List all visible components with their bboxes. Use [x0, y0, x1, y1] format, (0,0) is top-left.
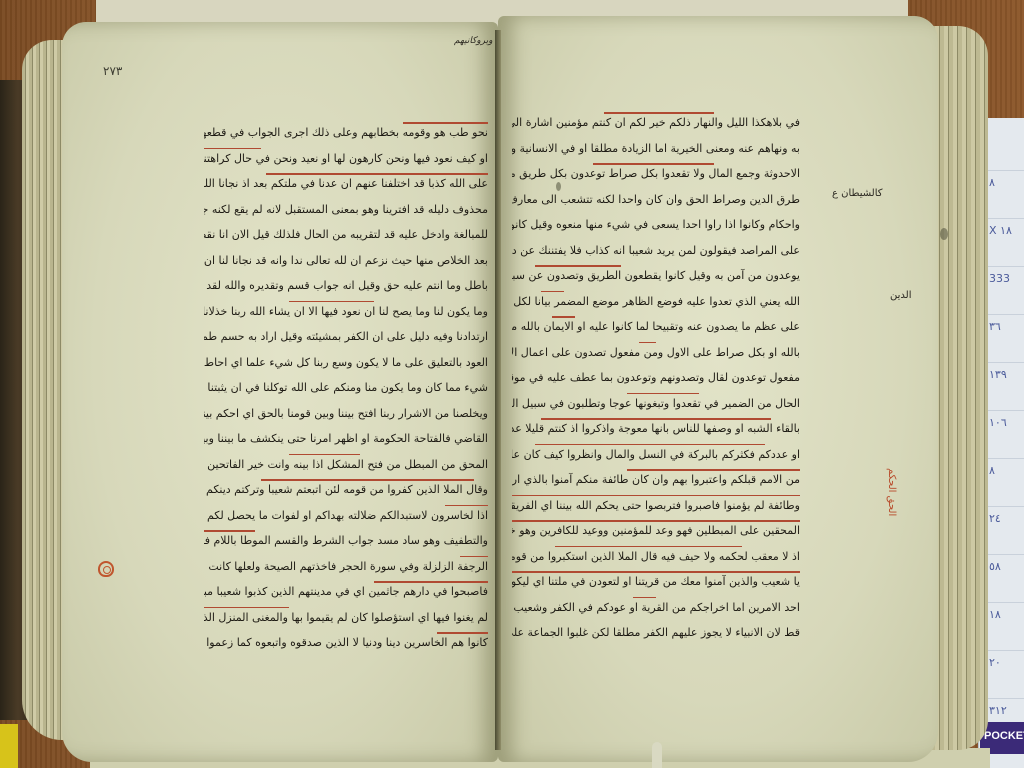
- manuscript-line: وما يكون لنا وما يصح لنا ان نعود فيها ال…: [204, 299, 488, 325]
- rubric-overline: [460, 556, 488, 558]
- manuscript-line: على عظم ما يصدون عنه وتقبيحا لما كانوا ع…: [512, 314, 800, 340]
- line-text: الرجفة الزلزلة وفي سورة الحجر فاخذتهم ال…: [204, 560, 488, 573]
- line-text: العود بالتعليق على ما لا يكون وسع ربنا ك…: [204, 356, 488, 369]
- manuscript-line: طرق الدين وصراط الحق وان كان واحدا لكنه …: [512, 187, 800, 213]
- manuscript-line: احد الامرين اما اخراجكم من القرية او عود…: [512, 595, 800, 621]
- manuscript-line: للمبالغة وادخل عليه قد لتقريبه من الحال …: [204, 222, 488, 248]
- rubric-overline: [266, 173, 488, 175]
- manuscript-line: فاصبحوا في دارهم جاثمين اي في مدينتهم ال…: [204, 579, 488, 605]
- rubric-overline: [204, 530, 255, 532]
- rubric-overline: [204, 607, 289, 609]
- line-text: واحكام وكانوا اذا راوا احدا يسعى في شيء …: [512, 218, 800, 231]
- manuscript-line: على المراصد فيقولون لمن يريد شعيبا انه ك…: [512, 238, 800, 264]
- line-text: اذا لخاسرون لاستبدالكم ضلالته بهداكم او …: [204, 509, 488, 522]
- card-handwriting: ١٠٦: [989, 416, 1007, 429]
- rubric-overline: [535, 265, 621, 267]
- margin-note-upper: كالشيطان ع: [832, 188, 883, 199]
- line-text: المحق من المبطل من فتح المشكل اذا بينه و…: [204, 458, 488, 471]
- right-page-text-block: في بلاهكذا الليل والنهار ذلكم خير لكم ان…: [512, 110, 800, 646]
- manuscript-line: المحقين على المبطلين فهو وعد للمؤمنين وو…: [512, 518, 800, 544]
- left-page-text-block: نحو طب هو وقومه بخطابهم وعلى ذلك اجرى ال…: [204, 120, 488, 656]
- rubric-overline: [437, 632, 488, 634]
- rubric-overline: [627, 393, 699, 395]
- manuscript-line: به ونهاهم عنه ومعنى الخيرية اما الزيادة …: [512, 136, 800, 162]
- rubric-overline: [261, 479, 474, 481]
- line-text: على المراصد فيقولون لمن يريد شعيبا انه ك…: [512, 244, 800, 257]
- rubric-overline: [604, 112, 713, 114]
- ink-stain: [940, 228, 948, 240]
- manuscript-line: مفعول توعدون لقال وتصدونهم وتوعدون بما ع…: [512, 365, 800, 391]
- manuscript-line: واحكام وكانوا اذا راوا احدا يسعى في شيء …: [512, 212, 800, 238]
- line-text: طرق الدين وصراط الحق وان كان واحدا لكنه …: [512, 193, 800, 206]
- line-text: به ونهاهم عنه ومعنى الخيرية اما الزيادة …: [512, 142, 800, 155]
- line-text: وما يكون لنا وما يصح لنا ان نعود فيها ال…: [204, 305, 488, 318]
- manuscript-line: محذوف دليله قد افترينا وهو بمعنى المستقب…: [204, 197, 488, 223]
- line-text: الاحدوثة وجمع المال ولا تقعدوا بكل صراط …: [512, 167, 800, 180]
- line-text: يا شعيب والذين آمنوا معك من قريتنا او لت…: [512, 575, 800, 588]
- line-text: المحقين على المبطلين فهو وعد للمؤمنين وو…: [512, 524, 800, 537]
- manuscript-line: ارتدادنا وفيه دليل على ان الكفر بمشيئته …: [204, 324, 488, 350]
- rubric-overline: [639, 342, 656, 344]
- line-text: على عظم ما يصدون عنه وتقبيحا لما كانوا ع…: [512, 320, 800, 333]
- rubric-overline: [633, 597, 656, 599]
- rubric-overline: [289, 301, 374, 303]
- manuscript-line: بالله او بكل صراط على الاول ومن مفعول تص…: [512, 340, 800, 366]
- line-text: بالقاء الشبه او وصفها للناس بانها معوجة …: [512, 422, 800, 435]
- line-text: نحو طب هو وقومه بخطابهم وعلى ذلك اجرى ال…: [204, 126, 488, 139]
- manuscript-line: الاحدوثة وجمع المال ولا تقعدوا بكل صراط …: [512, 161, 800, 187]
- card-handwriting: ١٣٩: [989, 368, 1007, 381]
- line-text: الله يعني الذي تعدوا عليه فوضع الظاهر مو…: [512, 295, 800, 308]
- line-text: بعد الخلاص منها حيث نزعم ان لله تعالى ند…: [204, 254, 488, 267]
- line-text: مفعول توعدون لقال وتصدونهم وتوعدون بما ع…: [512, 371, 800, 384]
- manuscript-line: من الامم قبلكم واعتبروا بهم وان كان طائف…: [512, 467, 800, 493]
- manuscript-line: على الله كذبا قد اختلفنا عنهم ان عدنا في…: [204, 171, 488, 197]
- manuscript-line: الحال من الضمير في تقعدوا وتبغونها عوجا …: [512, 391, 800, 417]
- line-text: القاضي فالفتاحة الحكومة او اظهر امرنا حت…: [204, 432, 488, 445]
- line-text: باطل وما انتم عليه حق وقيل انه جواب قسم …: [204, 279, 488, 292]
- manuscript-line: اذا لخاسرون لاستبدالكم ضلالته بهداكم او …: [204, 503, 488, 529]
- rubric-overline: [403, 122, 488, 124]
- line-text: الحال من الضمير في تقعدوا وتبغونها عوجا …: [512, 397, 800, 410]
- margin-note-middle: الدين: [890, 290, 911, 301]
- line-text: والتطفيف وهو ساد مسد جواب الشرط والقسم ا…: [204, 534, 488, 547]
- rubric-overline: [627, 469, 800, 471]
- bookmark-ribbon: [652, 742, 662, 768]
- manuscript-line: والتطفيف وهو ساد مسد جواب الشرط والقسم ا…: [204, 528, 488, 554]
- line-text: وطائفة لم يؤمنوا فاصبروا فتربصوا حتى يحك…: [512, 499, 800, 512]
- rosette-ornament-icon: [98, 561, 114, 577]
- manuscript-line: اذ لا معقب لحكمه ولا حيف فيه قال الملا ا…: [512, 544, 800, 570]
- manuscript-line: يوعدون من آمن به وقيل كانوا يقطعون الطري…: [512, 263, 800, 289]
- line-text: قط لان الانبياء لا يجوز عليهم الكفر مطلق…: [512, 626, 800, 639]
- manuscript-line: شيء مما كان وما يكون منا ومنكم على الله …: [204, 375, 488, 401]
- card-handwriting: ٨: [989, 464, 995, 477]
- line-text: كانوا هم الخاسرين دينا ودنيا لا الذين صد…: [204, 636, 488, 649]
- rubric-overline: [204, 148, 261, 150]
- manuscript-line: لم يغنوا فيها اي استؤصلوا كان لم يقيموا …: [204, 605, 488, 631]
- manuscript-line: نحو طب هو وقومه بخطابهم وعلى ذلك اجرى ال…: [204, 120, 488, 146]
- card-handwriting: ١٨: [989, 608, 1001, 621]
- manuscript-line: في بلاهكذا الليل والنهار ذلكم خير لكم ان…: [512, 110, 800, 136]
- rubric-overline: [512, 495, 800, 497]
- line-text: اذ لا معقب لحكمه ولا حيف فيه قال الملا ا…: [512, 550, 800, 563]
- card-handwriting: X ١٨: [989, 224, 1012, 237]
- line-text: يوعدون من آمن به وقيل كانوا يقطعون الطري…: [512, 269, 800, 282]
- rubric-overline: [289, 454, 360, 456]
- card-handwriting: ٥٨: [989, 560, 1001, 573]
- card-handwriting: ٣١٢: [989, 704, 1007, 717]
- manuscript-line: بعد الخلاص منها حيث نزعم ان لله تعالى ند…: [204, 248, 488, 274]
- folio-number: ٢٧٣: [103, 64, 122, 78]
- margin-note-red: الحق الحكم: [886, 468, 897, 516]
- card-handwriting: ٣٦: [989, 320, 1001, 333]
- line-text: لم يغنوا فيها اي استؤصلوا كان لم يقيموا …: [204, 611, 488, 624]
- rubric-overline: [593, 163, 714, 165]
- manuscript-line: يا شعيب والذين آمنوا معك من قريتنا او لت…: [512, 569, 800, 595]
- rubric-overline: [552, 316, 575, 318]
- line-text: ارتدادنا وفيه دليل على ان الكفر بمشيئته …: [204, 330, 488, 343]
- card-handwriting: ٢٤: [989, 512, 1001, 525]
- manuscript-line: المحق من المبطل من فتح المشكل اذا بينه و…: [204, 452, 488, 478]
- manuscript-line: وطائفة لم يؤمنوا فاصبروا فتربصوا حتى يحك…: [512, 493, 800, 519]
- manuscript-line: وقال الملا الذين كفروا من قومه لئن اتبعت…: [204, 477, 488, 503]
- rubric-overline: [374, 581, 488, 583]
- manuscript-line: او عددكم فكثركم بالبركة في النسل والمال …: [512, 442, 800, 468]
- manuscript-line: قط لان الانبياء لا يجوز عليهم الكفر مطلق…: [512, 620, 800, 646]
- card-handwriting: ٨: [989, 176, 995, 189]
- line-text: وقال الملا الذين كفروا من قومه لئن اتبعت…: [204, 483, 488, 496]
- book-gutter: [495, 30, 501, 750]
- rubric-overline: [512, 520, 800, 522]
- manuscript-line: الله يعني الذي تعدوا عليه فوضع الظاهر مو…: [512, 289, 800, 315]
- manuscript-line: باطل وما انتم عليه حق وقيل انه جواب قسم …: [204, 273, 488, 299]
- rubric-overline: [445, 505, 488, 507]
- line-text: محذوف دليله قد افترينا وهو بمعنى المستقب…: [204, 203, 488, 216]
- rubric-overline: [555, 546, 742, 548]
- manuscript-line: بالقاء الشبه او وصفها للناس بانها معوجة …: [512, 416, 800, 442]
- yellow-sticker: [0, 724, 18, 768]
- line-text: احد الامرين اما اخراجكم من القرية او عود…: [512, 601, 800, 614]
- card-handwriting: ٢٠: [989, 656, 1001, 669]
- line-text: شيء مما كان وما يكون منا ومنكم على الله …: [204, 381, 488, 394]
- rubric-overline: [512, 571, 800, 573]
- manuscript-line: او كيف نعود فيها ونحن كارهون لها او نعيد…: [204, 146, 488, 172]
- catchword: وبروكانيهم: [454, 36, 493, 46]
- line-text: من الامم قبلكم واعتبروا بهم وان كان طائف…: [512, 473, 800, 486]
- line-text: او كيف نعود فيها ونحن كارهون لها او نعيد…: [204, 152, 488, 165]
- line-text: او عددكم فكثركم بالبركة في النسل والمال …: [512, 448, 800, 461]
- manuscript-line: ويخلصنا من الاشرار ربنا افتح بيننا وبين …: [204, 401, 488, 427]
- line-text: ويخلصنا من الاشرار ربنا افتح بيننا وبين …: [204, 407, 488, 420]
- manuscript-line: كانوا هم الخاسرين دينا ودنيا لا الذين صد…: [204, 630, 488, 656]
- line-text: في بلاهكذا الليل والنهار ذلكم خير لكم ان…: [512, 116, 800, 129]
- manuscript-line: الرجفة الزلزلة وفي سورة الحجر فاخذتهم ال…: [204, 554, 488, 580]
- manuscript-line: القاضي فالفتاحة الحكومة او اظهر امرنا حت…: [204, 426, 488, 452]
- line-text: بالله او بكل صراط على الاول ومن مفعول تص…: [512, 346, 800, 359]
- line-text: للمبالغة وادخل عليه قد لتقريبه من الحال …: [204, 228, 488, 241]
- ink-stain: [556, 182, 561, 191]
- rubric-overline: [535, 444, 765, 446]
- rubric-overline: [541, 291, 564, 293]
- line-text: على الله كذبا قد اختلفنا عنهم ان عدنا في…: [204, 177, 488, 190]
- rubric-overline: [541, 418, 771, 420]
- manuscript-line: العود بالتعليق على ما لا يكون وسع ربنا ك…: [204, 350, 488, 376]
- card-handwriting: 333: [989, 272, 1010, 285]
- line-text: فاصبحوا في دارهم جاثمين اي في مدينتهم ال…: [204, 585, 488, 598]
